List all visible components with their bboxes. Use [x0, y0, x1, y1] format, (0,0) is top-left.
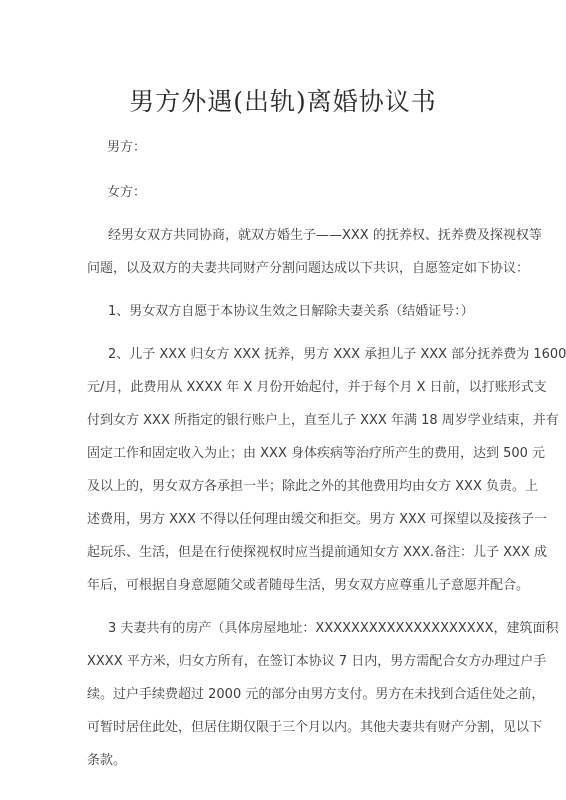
- paragraph-line: 可暂时居住此处，但居住期仅限于三个月以内。其他夫妻共有财产分割，见以下: [87, 716, 479, 735]
- paragraph-line: 续。过户手续费超过 2000 元的部分由男方支付。男方在未找到合适住处之前，: [87, 683, 479, 702]
- paragraph-line: 年后，可根据自身意愿随父或者随母生活，男女双方应尊重儿子意愿并配合。: [87, 574, 479, 593]
- paragraph-line: 2、儿子 XXX 归女方 XXX 抚养，男方 XXX 承担儿子 XXX 部分抚养…: [108, 343, 566, 362]
- paragraph-line: 述费用，男方 XXX 不得以任何理由缓交和拒交。男方 XXX 可探望以及接孩子一: [87, 508, 479, 527]
- male-party-label: 男方：: [107, 136, 146, 155]
- document-page: 男方外遇(出轨)离婚协议书 男方： 女方： 经男女双方共同协商，就双方婚生子——…: [0, 0, 566, 800]
- female-party-label: 女方：: [107, 181, 146, 200]
- paragraph-line: 及以上的，男女双方各承担一半；除此之外的其他费用均由女方 XXX 负责。上: [87, 475, 479, 494]
- paragraph-line: 付到女方 XXX 所指定的银行账户上，直至儿子 XXX 年满 18 周岁学业结束…: [87, 409, 479, 428]
- paragraph-line: 起玩乐、生活，但是在行使探视权时应当提前通知女方 XXX.备注：儿子 XXX 成: [87, 541, 479, 560]
- paragraph-line: 3 夫妻共有的房产（具体房屋地址：XXXXXXXXXXXXXXXXXXXX，建筑…: [108, 617, 559, 636]
- paragraph-line: XXXX 平方米，归女方所有，在签订本协议 7 日内，男方需配合女方办理过户手: [87, 650, 479, 669]
- paragraph-line: 元/月，此费用从 XXXX 年 X 月份开始起付，并于每个月 X 日前，以打账形…: [87, 376, 479, 395]
- paragraph-line: 经男女双方共同协商，就双方婚生子——XXX 的抚养权、抚养费及探视权等: [108, 224, 542, 243]
- paragraph-line: 固定工作和固定收入为止；由 XXX 身体疾病等治疗所产生的费用，达到 500 元: [87, 442, 479, 461]
- paragraph-line: 问题，以及双方的夫妻共同财产分割问题达成以下共识，自愿签定如下协议：: [87, 257, 479, 276]
- paragraph-line: 条款。: [87, 749, 479, 768]
- document-title: 男方外遇(出轨)离婚协议书: [0, 82, 566, 118]
- paragraph-line: 1、男女双方自愿于本协议生效之日解除夫妻关系（结婚证号：）: [108, 300, 474, 319]
